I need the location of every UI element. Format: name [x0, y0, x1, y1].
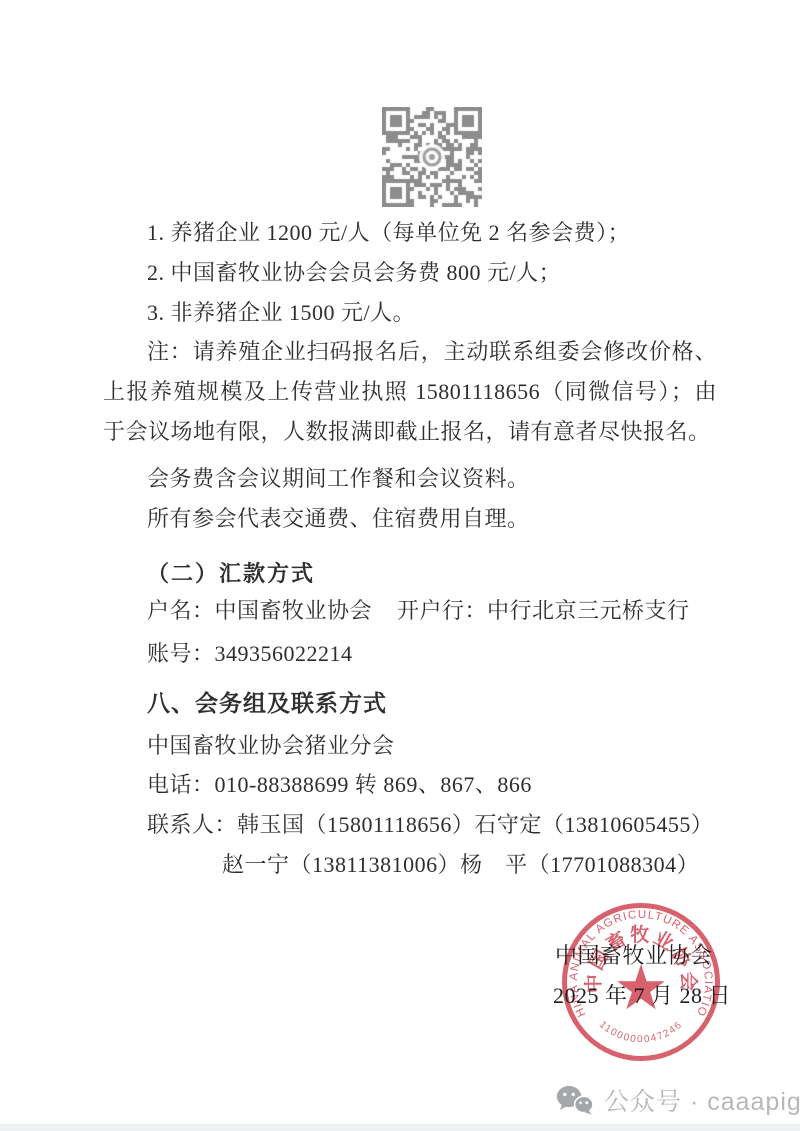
fee-item-1: 1. 养猪企业 1200 元/人（每单位免 2 名参会费）； — [147, 213, 630, 253]
wechat-account-label: 公众号 · caaapig — [604, 1082, 800, 1118]
payment-account-name: 户名：中国畜牧业协会 — [147, 591, 372, 631]
contact-phone: 电话：010-88388699 转 869、867、866 — [147, 765, 532, 805]
contact-org: 中国畜牧业协会猪业分会 — [147, 726, 395, 766]
bottom-edge-strip — [0, 1124, 800, 1131]
contact-heading: 八、会务组及联系方式 — [147, 683, 387, 723]
contact-persons-line2: 赵一宁（13811381006）杨 平（17701088304） — [222, 845, 699, 885]
wechat-icon — [556, 1085, 594, 1115]
wechat-footer: 公众号 · caaapig — [556, 1082, 800, 1118]
document-page: 1. 养猪企业 1200 元/人（每单位免 2 名参会费）； 2. 中国畜牧业协… — [0, 0, 800, 1131]
note-paragraph: 注：请养殖企业扫码报名后，主动联系组委会修改价格、上报养殖规模及上传营业执照 1… — [103, 332, 717, 452]
remark-travel: 所有参会代表交通费、住宿费用自理。 — [147, 499, 530, 539]
payment-bank: 开户行：中行北京三元桥支行 — [397, 591, 690, 631]
fee-item-2: 2. 中国畜牧业协会会员会务费 800 元/人； — [147, 253, 561, 293]
payment-account-number: 账号：349356022214 — [147, 634, 353, 674]
fee-item-3: 3. 非养猪企业 1500 元/人。 — [147, 293, 415, 333]
payment-heading: （二）汇款方式 — [147, 554, 315, 594]
remark-meals: 会务费含会议期间工作餐和会议资料。 — [147, 459, 530, 499]
signature-date: 2025 年 7 月 28 日 — [553, 976, 731, 1016]
signature-org: 中国畜牧业协会 — [555, 936, 713, 976]
contact-persons-line1: 联系人：韩玉国（15801118656）石守定（13810605455） — [147, 805, 713, 845]
seal-serial-number: 1100000047246 — [597, 1019, 685, 1045]
registration-qr-code — [382, 107, 482, 207]
